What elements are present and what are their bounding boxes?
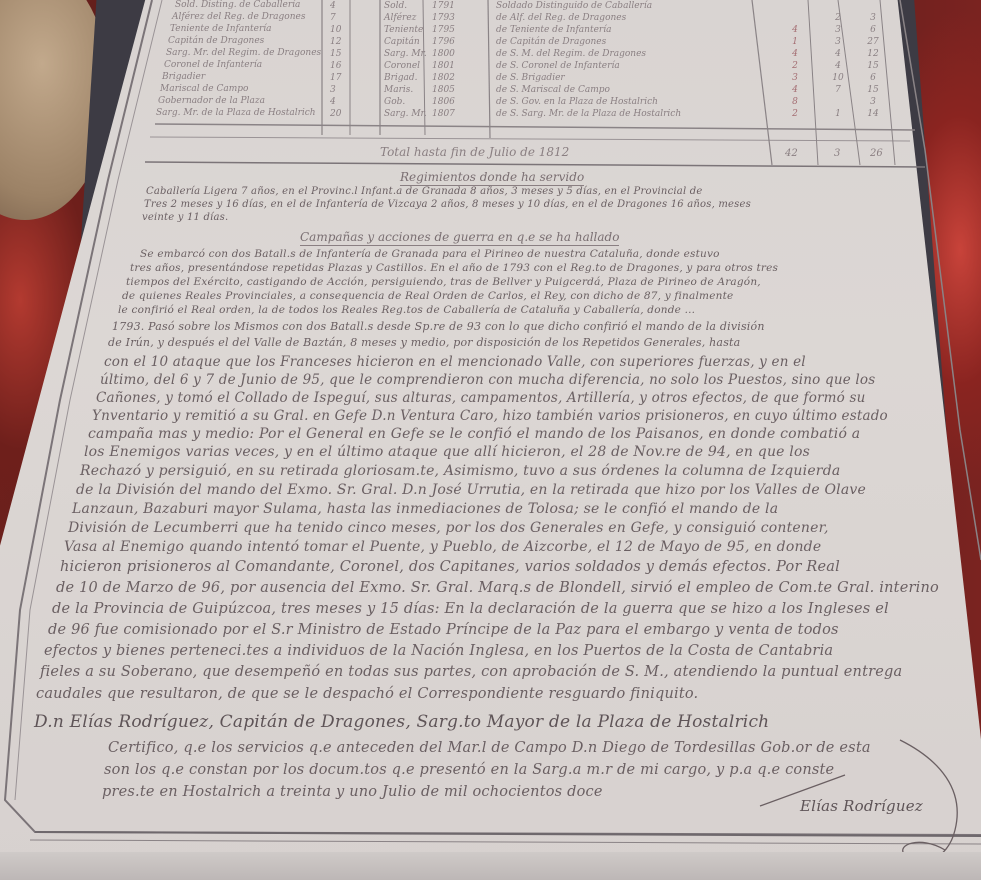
table-row: Sarg. Mr. del Regim. de Dragones <box>166 48 321 58</box>
paragraph-line: caudales que resultaron, de que se le de… <box>36 686 698 702</box>
paragraph-line: Ynventario y remitió a su Gral. en Gefe … <box>92 408 888 424</box>
paragraph-line: tiempos del Exército, castigando de Acci… <box>126 276 761 288</box>
row-left: Brigadier <box>162 72 205 82</box>
table-row: Mariscal de Campo <box>160 84 248 94</box>
table-total-label: Total hasta fin de Julio de 1812 <box>380 145 569 159</box>
paragraph-line: Se embarcó con dos Batall.s de Infanterí… <box>140 248 720 260</box>
paragraph-line: último, del 6 y 7 de Junio de 95, que le… <box>100 372 875 388</box>
table-col-days: 36271215615314 <box>862 0 884 120</box>
paragraph-line: campaña mas y medio: Por el General en G… <box>88 426 860 442</box>
row-left: Sarg. Mr. del Regim. de Dragones <box>166 48 321 58</box>
paragraph-line: los Enemigos varias veces, y en el últim… <box>84 444 810 460</box>
table-row: Sarg. Mr. de la Plaza de Hostalrich <box>156 108 316 118</box>
paragraph-line: Cañones, y tomó el Collado de Ispeguí, s… <box>96 390 866 406</box>
paragraph-line: fieles a su Soberano, que desempeñó en t… <box>40 664 902 680</box>
section-heading-regiments: Regimientos donde ha servido <box>400 170 584 186</box>
regiments-line: veinte y 11 días. <box>142 212 228 223</box>
table-col-num: 4710121516173420 <box>330 0 341 120</box>
row-left: Sarg. Mr. de la Plaza de Hostalrich <box>156 108 316 118</box>
paragraph-line: de Irún, y después el del Valle de Baztá… <box>108 336 740 349</box>
paragraph-line: Vasa al Enemigo quando intentó tomar el … <box>64 539 821 555</box>
section-heading-campaigns: Campañas y acciones de guerra en q.e se … <box>300 230 619 246</box>
paragraph-line: de la División del mando del Exmo. Sr. G… <box>76 482 866 498</box>
table-col-right: Soldado Distinguido de Caballeríade Alf.… <box>496 0 681 120</box>
paragraph-line: Rechazó y persiguió, en su retirada glor… <box>80 463 840 479</box>
paragraph-line: tres años, presentándose repetidas Plaza… <box>130 262 778 274</box>
row-left: Alférez del Reg. de Dragones <box>172 12 305 22</box>
table-total-months: 3 <box>834 148 840 159</box>
regiments-line: Tres 2 meses y 16 días, en el de Infante… <box>144 199 751 210</box>
regiments-line: Caballería Ligera 7 años, en el Provinc.… <box>146 186 702 197</box>
table-row: Capitán de Dragones <box>168 36 264 46</box>
row-left: Gobernador de la Plaza <box>158 96 265 106</box>
row-left: Mariscal de Campo <box>160 84 248 94</box>
certification-line: pres.te en Hostalrich a treinta y uno Ju… <box>102 784 603 800</box>
table-col-months: 23344107 1 <box>828 0 848 120</box>
table-total-years: 42 <box>785 148 798 159</box>
paragraph-line: le confirió el Real orden, la de todos l… <box>118 304 695 316</box>
table-col-rank: Sold.AlférezTenienteCapitánSarg. Mr.Coro… <box>384 0 427 120</box>
table-row: Brigadier <box>162 72 205 82</box>
paragraph-line: hicieron prisioneros al Comandante, Coro… <box>60 559 840 575</box>
table-row: Sold. Disting. de Caballería <box>175 0 300 10</box>
table-col-years: 41423482 <box>785 0 805 120</box>
certification-line: Certifico, q.e los servicios q.e anteced… <box>108 740 871 756</box>
paragraph-line: de quienes Reales Provinciales, a conseq… <box>122 290 733 302</box>
signature: Elías Rodríguez <box>800 797 923 815</box>
paragraph-line: de la Provincia de Guipúzcoa, tres meses… <box>52 601 889 617</box>
paragraph-line: con el 10 ataque que los Franceses hicie… <box>104 354 806 370</box>
table-total-days: 26 <box>870 148 883 159</box>
row-left: Teniente de Infantería <box>170 24 272 34</box>
paragraph-line: 1793. Pasó sobre los Mismos con dos Bata… <box>112 320 765 333</box>
certification-line: D.n Elías Rodríguez, Capitán de Dragones… <box>34 712 769 732</box>
paper-bottom-edge <box>0 852 981 880</box>
paragraph-line: de 10 de Marzo de 96, por ausencia del E… <box>56 580 939 596</box>
paragraph-line: efectos y bienes perteneci.tes a individ… <box>44 643 833 659</box>
table-row: Gobernador de la Plaza <box>158 96 265 106</box>
table-row: Teniente de Infantería <box>170 24 272 34</box>
row-left: Sold. Disting. de Caballería <box>175 0 300 10</box>
certification-line: son los q.e constan por los docum.tos q.… <box>104 762 834 778</box>
paragraph-line: División de Lecumberri que ha tenido cin… <box>68 520 829 536</box>
row-left: Coronel de Infantería <box>164 60 262 70</box>
paragraph-line: de 96 fue comisionado por el S.r Ministr… <box>48 622 839 638</box>
paragraph-line: Lanzaun, Bazaburi mayor Sulama, hasta la… <box>72 501 778 517</box>
table-col-year: 1791179317951796180018011802180518061807 <box>432 0 455 120</box>
row-left: Capitán de Dragones <box>168 36 264 46</box>
table-row: Alférez del Reg. de Dragones <box>172 12 305 22</box>
table-row: Coronel de Infantería <box>164 60 262 70</box>
